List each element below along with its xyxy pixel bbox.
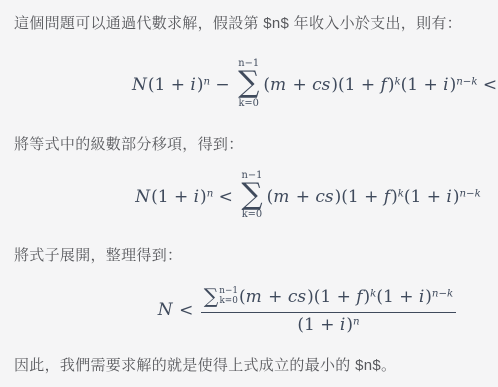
math-token: f — [384, 187, 391, 207]
summation-inline: ∑n−1k=0 — [204, 286, 238, 307]
math-token: (1 + — [376, 287, 419, 307]
paragraph-intro: 這個問題可以通過代數求解，假設第 $n$ 年收入小於支出，則有： — [14, 13, 484, 34]
sigma-symbol: ∑ — [238, 69, 259, 97]
math-token: + — [287, 75, 312, 95]
math-token: ) — [391, 187, 398, 207]
math-token: (1 + — [297, 315, 340, 335]
formula-1: N(1 + i)n − n−1∑k=0(m + cs)(1 + f)k(1 + … — [14, 60, 484, 111]
math-token: N — [158, 300, 174, 320]
sum-lower-limit: k=0 — [242, 209, 262, 220]
math-token: (1 + — [404, 187, 447, 207]
math-token: ( — [263, 75, 270, 95]
math-token: n−k — [432, 288, 453, 299]
formula-3: N < ∑n−1k=0(m + cs)(1 + f)k(1 + i)n−k(1 … — [14, 286, 484, 336]
math-token: cs — [315, 187, 334, 207]
summation: n−1∑k=0 — [241, 170, 262, 221]
math-token: (1 + — [151, 187, 194, 207]
sum-limits: n−1k=0 — [219, 286, 238, 307]
sum-lower-limit: k=0 — [238, 98, 258, 109]
math-token: ) — [200, 187, 207, 207]
math-token: cs — [312, 75, 331, 95]
math-token: − — [210, 75, 235, 95]
math-token: m — [273, 187, 290, 207]
sum-upper-limit: n−1 — [219, 286, 238, 297]
math-token: < 0 — [478, 75, 498, 95]
math-token: ) — [425, 287, 432, 307]
math-token: f — [381, 75, 388, 95]
math-token: cs — [288, 287, 307, 307]
math-token: n — [353, 316, 360, 327]
document-page: { "page": { "background": "#f5f5f6", "te… — [0, 0, 498, 387]
paragraph-rearrange: 將等式中的級數部分移項，得到： — [14, 134, 484, 155]
math-token: < — [213, 187, 238, 207]
math-token: )(1 + — [331, 75, 380, 95]
math-token: + — [263, 287, 288, 307]
sigma-symbol: ∑ — [204, 286, 219, 306]
math-token: f — [356, 287, 363, 307]
math-token: (1 + — [401, 75, 444, 95]
math-token: N — [132, 75, 148, 95]
sigma-symbol: ∑ — [241, 181, 262, 209]
fraction-denominator: (1 + i)n — [201, 313, 456, 334]
math-token: N — [135, 187, 151, 207]
math-token: ) — [346, 315, 353, 335]
paragraph-conclusion: 因此，我們需要求解的就是使得上式成立的最小的 $n$。 — [14, 355, 484, 376]
math-token: < — [174, 300, 199, 320]
math-token: (1 + — [148, 75, 191, 95]
math-token: )(1 + — [335, 187, 384, 207]
math-token: n−k — [459, 188, 480, 199]
fraction-numerator: ∑n−1k=0(m + cs)(1 + f)k(1 + i)n−k — [201, 284, 456, 313]
paragraph-expand: 將式子展開，整理得到： — [14, 245, 484, 266]
math-token: + — [290, 187, 315, 207]
fraction: ∑n−1k=0(m + cs)(1 + f)k(1 + i)n−k(1 + i)… — [201, 284, 456, 334]
math-token: m — [270, 75, 287, 95]
math-token: n−k — [456, 76, 477, 87]
math-token: m — [246, 287, 263, 307]
formula-2: N(1 + i)n < n−1∑k=0(m + cs)(1 + f)k(1 + … — [14, 172, 484, 223]
summation: n−1∑k=0 — [238, 58, 259, 109]
math-token: ( — [239, 287, 246, 307]
math-token: )(1 + — [307, 287, 356, 307]
sum-lower-limit: k=0 — [219, 296, 238, 307]
